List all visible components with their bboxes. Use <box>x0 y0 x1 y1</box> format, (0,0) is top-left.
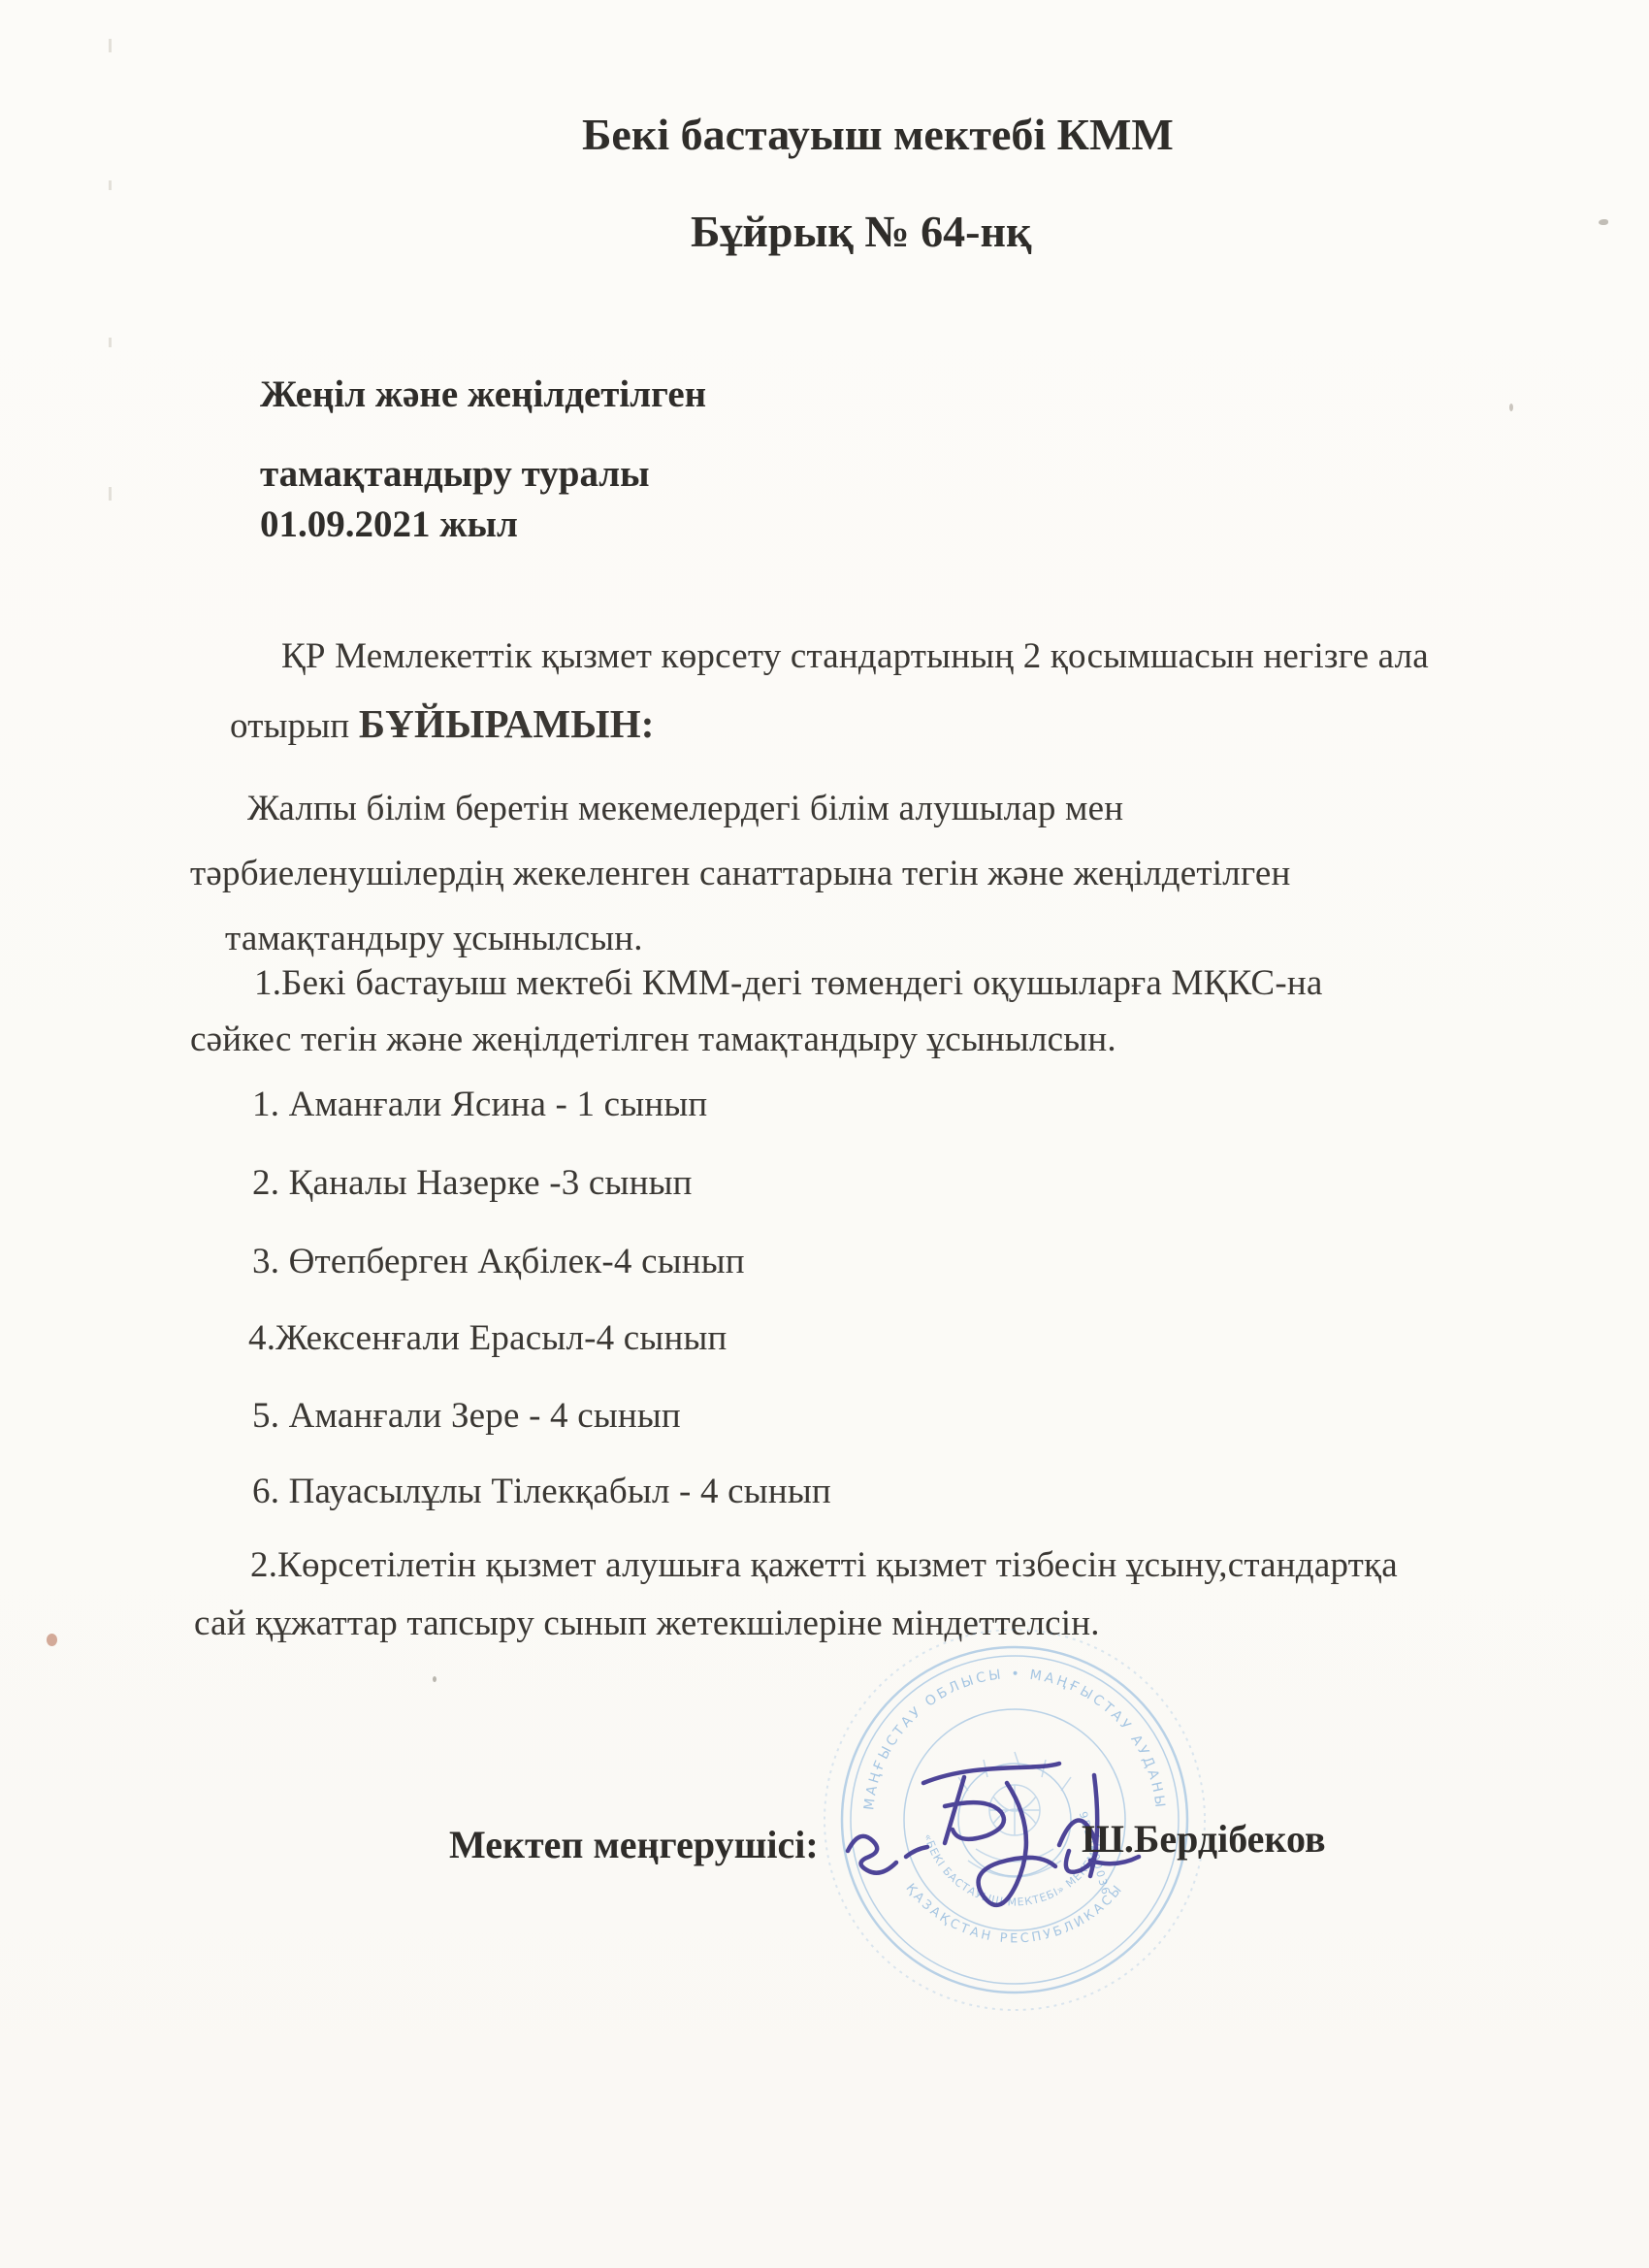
subject-line-1: Жеңіл және жеңілдетілген <box>260 373 706 416</box>
order-number: Бұйрық № 64-нқ <box>691 206 1031 257</box>
scan-artifact <box>433 1676 436 1682</box>
subject-date: 01.09.2021 жыл <box>260 502 518 546</box>
scan-artifact <box>1509 404 1513 411</box>
point1-line-1: 1.Бекі бастауыш мектебі КММ-дегі төменде… <box>254 962 1322 1004</box>
signature-label: Мектеп меңгерушісі: <box>449 1822 819 1867</box>
signer-name: Ш.Бердібеков <box>1082 1816 1326 1862</box>
preamble-line-2-normal: отырып <box>230 706 359 746</box>
general-paragraph-line-3: тамақтандыру ұсынылсын. <box>225 918 643 959</box>
scan-artifact <box>109 487 112 501</box>
point2-line-1: 2.Көрсетілетін қызмет алушыға қажетті қы… <box>250 1544 1398 1586</box>
student-list-item: 4.Жексенғали Ерасыл-4 сынып <box>248 1317 727 1359</box>
scan-artifact <box>109 180 112 190</box>
scanned-order-document: Бекі бастауыш мектебі КММ Бұйрық № 64-нқ… <box>0 0 1649 2268</box>
org-title: Бекі бастауыш мектебі КММ <box>582 109 1174 160</box>
student-list-item: 1. Аманғали Ясина - 1 сынып <box>252 1084 707 1125</box>
student-list-item: 5. Аманғали Зере - 4 сынып <box>252 1395 681 1437</box>
point1-line-2: сәйкес тегін және жеңілдетілген тамақтан… <box>190 1019 1116 1060</box>
student-list-item: 2. Қаналы Назерке -3 сынып <box>252 1162 693 1204</box>
general-paragraph-line-1: Жалпы білім беретін мекемелердегі білім … <box>247 788 1123 829</box>
scan-artifact <box>1599 219 1608 225</box>
subject-line-2: тамақтандыру туралы <box>260 452 650 496</box>
scan-artifact <box>109 39 112 52</box>
student-list-item: 3. Өтепберген Ақбілек-4 сынып <box>252 1241 745 1282</box>
preamble-line-1: ҚР Мемлекеттік қызмет көрсету стандартын… <box>281 635 1429 677</box>
general-paragraph-line-2: тәрбиеленушілердің жекеленген санаттарын… <box>190 853 1290 894</box>
preamble-line-2: отырып БҰЙЫРАМЫН: <box>230 700 655 747</box>
student-list-item: 6. Пауасылұлы Тілекқабыл - 4 сынып <box>252 1471 831 1512</box>
scan-artifact <box>47 1634 57 1646</box>
order-verb: БҰЙЫРАМЫН: <box>359 701 655 746</box>
scan-artifact <box>109 338 112 347</box>
